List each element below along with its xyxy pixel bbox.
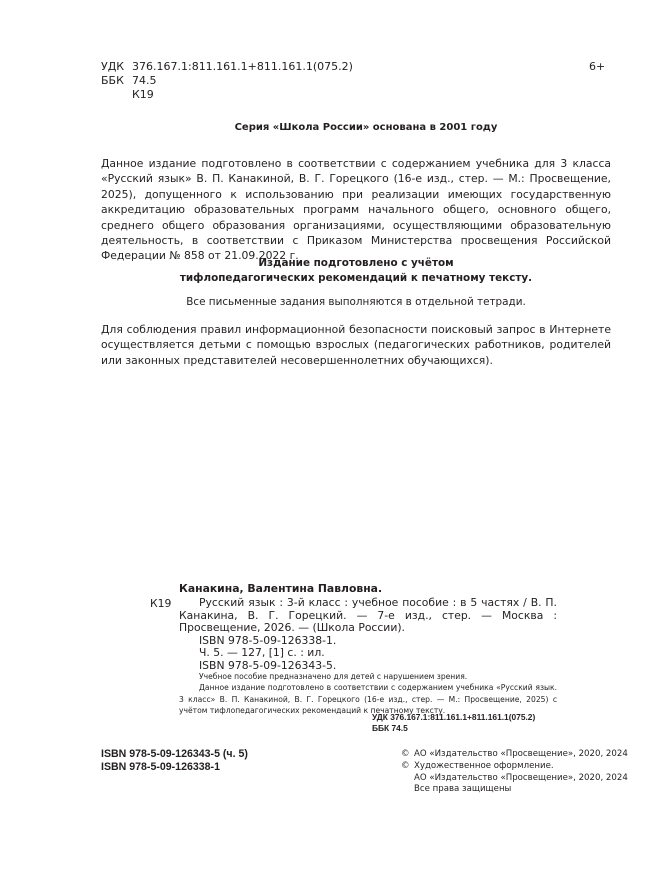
author-sign: К19 xyxy=(132,88,154,102)
copyright-block: © АО «Издательство «Просвещение», 2020, … xyxy=(401,749,628,796)
copyright-line-2: Художественное оформление. xyxy=(414,761,554,773)
copyright-line-3: АО «Издательство «Просвещение», 2020, 20… xyxy=(414,773,628,785)
copyright-line-4: Все права защищены xyxy=(414,784,511,796)
bbk-row: ББК 74.5 xyxy=(101,74,353,88)
catalog-card-body: Русский язык : 3-й класс : учебное пособ… xyxy=(179,597,557,673)
catalog-card-bbk: ББК 74.5 xyxy=(372,723,535,734)
catalog-card-note-1: Учебное пособие предназначено для детей … xyxy=(179,671,557,682)
copyright-icon: © xyxy=(401,761,414,773)
isbn-set-line: ISBN 978-5-09-126338-1 xyxy=(101,761,248,774)
tiflo-notice-line-2: тифлопедагогических рекомендаций к печат… xyxy=(101,271,611,286)
author-sign-row: К19 xyxy=(101,88,353,102)
intro-paragraph: Данное издание подготовлено в соответств… xyxy=(101,156,611,264)
catalog-card-author: Канакина, Валентина Павловна. xyxy=(179,582,382,595)
tiflo-notice-line-1: Издание подготовлено с учётом xyxy=(101,256,611,271)
udk-row: УДК 376.167.1:811.161.1+811.161.1(075.2) xyxy=(101,60,353,74)
udk-label: УДК xyxy=(101,60,132,74)
tiflo-notice: Издание подготовлено с учётом тифлопедаг… xyxy=(101,256,611,286)
catalog-card-description: Русский язык : 3-й класс : учебное пособ… xyxy=(179,597,557,635)
safety-paragraph: Для соблюдения правил информационной без… xyxy=(101,322,611,368)
udk-value: 376.167.1:811.161.1+811.161.1(075.2) xyxy=(132,60,353,74)
copyright-line-1: АО «Издательство «Просвещение», 2020, 20… xyxy=(414,749,628,761)
isbn-block: ISBN 978-5-09-126343-5 (ч. 5) ISBN 978-5… xyxy=(101,748,248,774)
bbk-label: ББК xyxy=(101,74,132,88)
isbn-part-line: ISBN 978-5-09-126343-5 (ч. 5) xyxy=(101,748,248,761)
catalog-card-udk: УДК 376.167.1:811.161.1+811.161.1(075.2) xyxy=(372,712,535,723)
catalog-card-notes: Учебное пособие предназначено для детей … xyxy=(179,671,557,716)
tasks-notice: Все письменные задания выполняются в отд… xyxy=(101,296,611,308)
classification-codes: УДК 376.167.1:811.161.1+811.161.1(075.2)… xyxy=(101,60,353,102)
catalog-card-index: К19 xyxy=(150,597,171,610)
age-rating: 6+ xyxy=(589,60,605,73)
series-line: Серия «Школа России» основана в 2001 год… xyxy=(101,122,631,133)
bbk-value: 74.5 xyxy=(132,74,157,88)
catalog-card-codes: УДК 376.167.1:811.161.1+811.161.1(075.2)… xyxy=(372,712,535,734)
copyright-icon: © xyxy=(401,749,414,761)
